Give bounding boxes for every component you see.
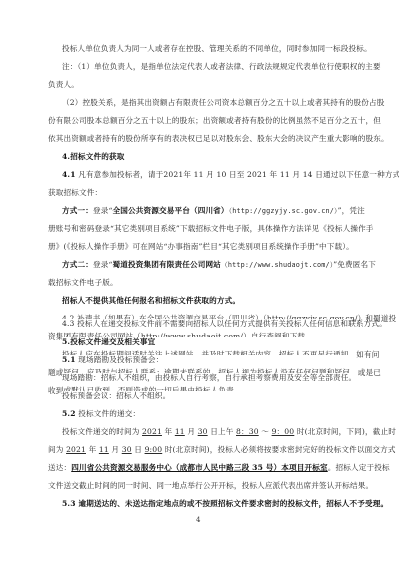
document-page-end — [0, 0, 399, 565]
page-number: 4 — [196, 516, 200, 524]
